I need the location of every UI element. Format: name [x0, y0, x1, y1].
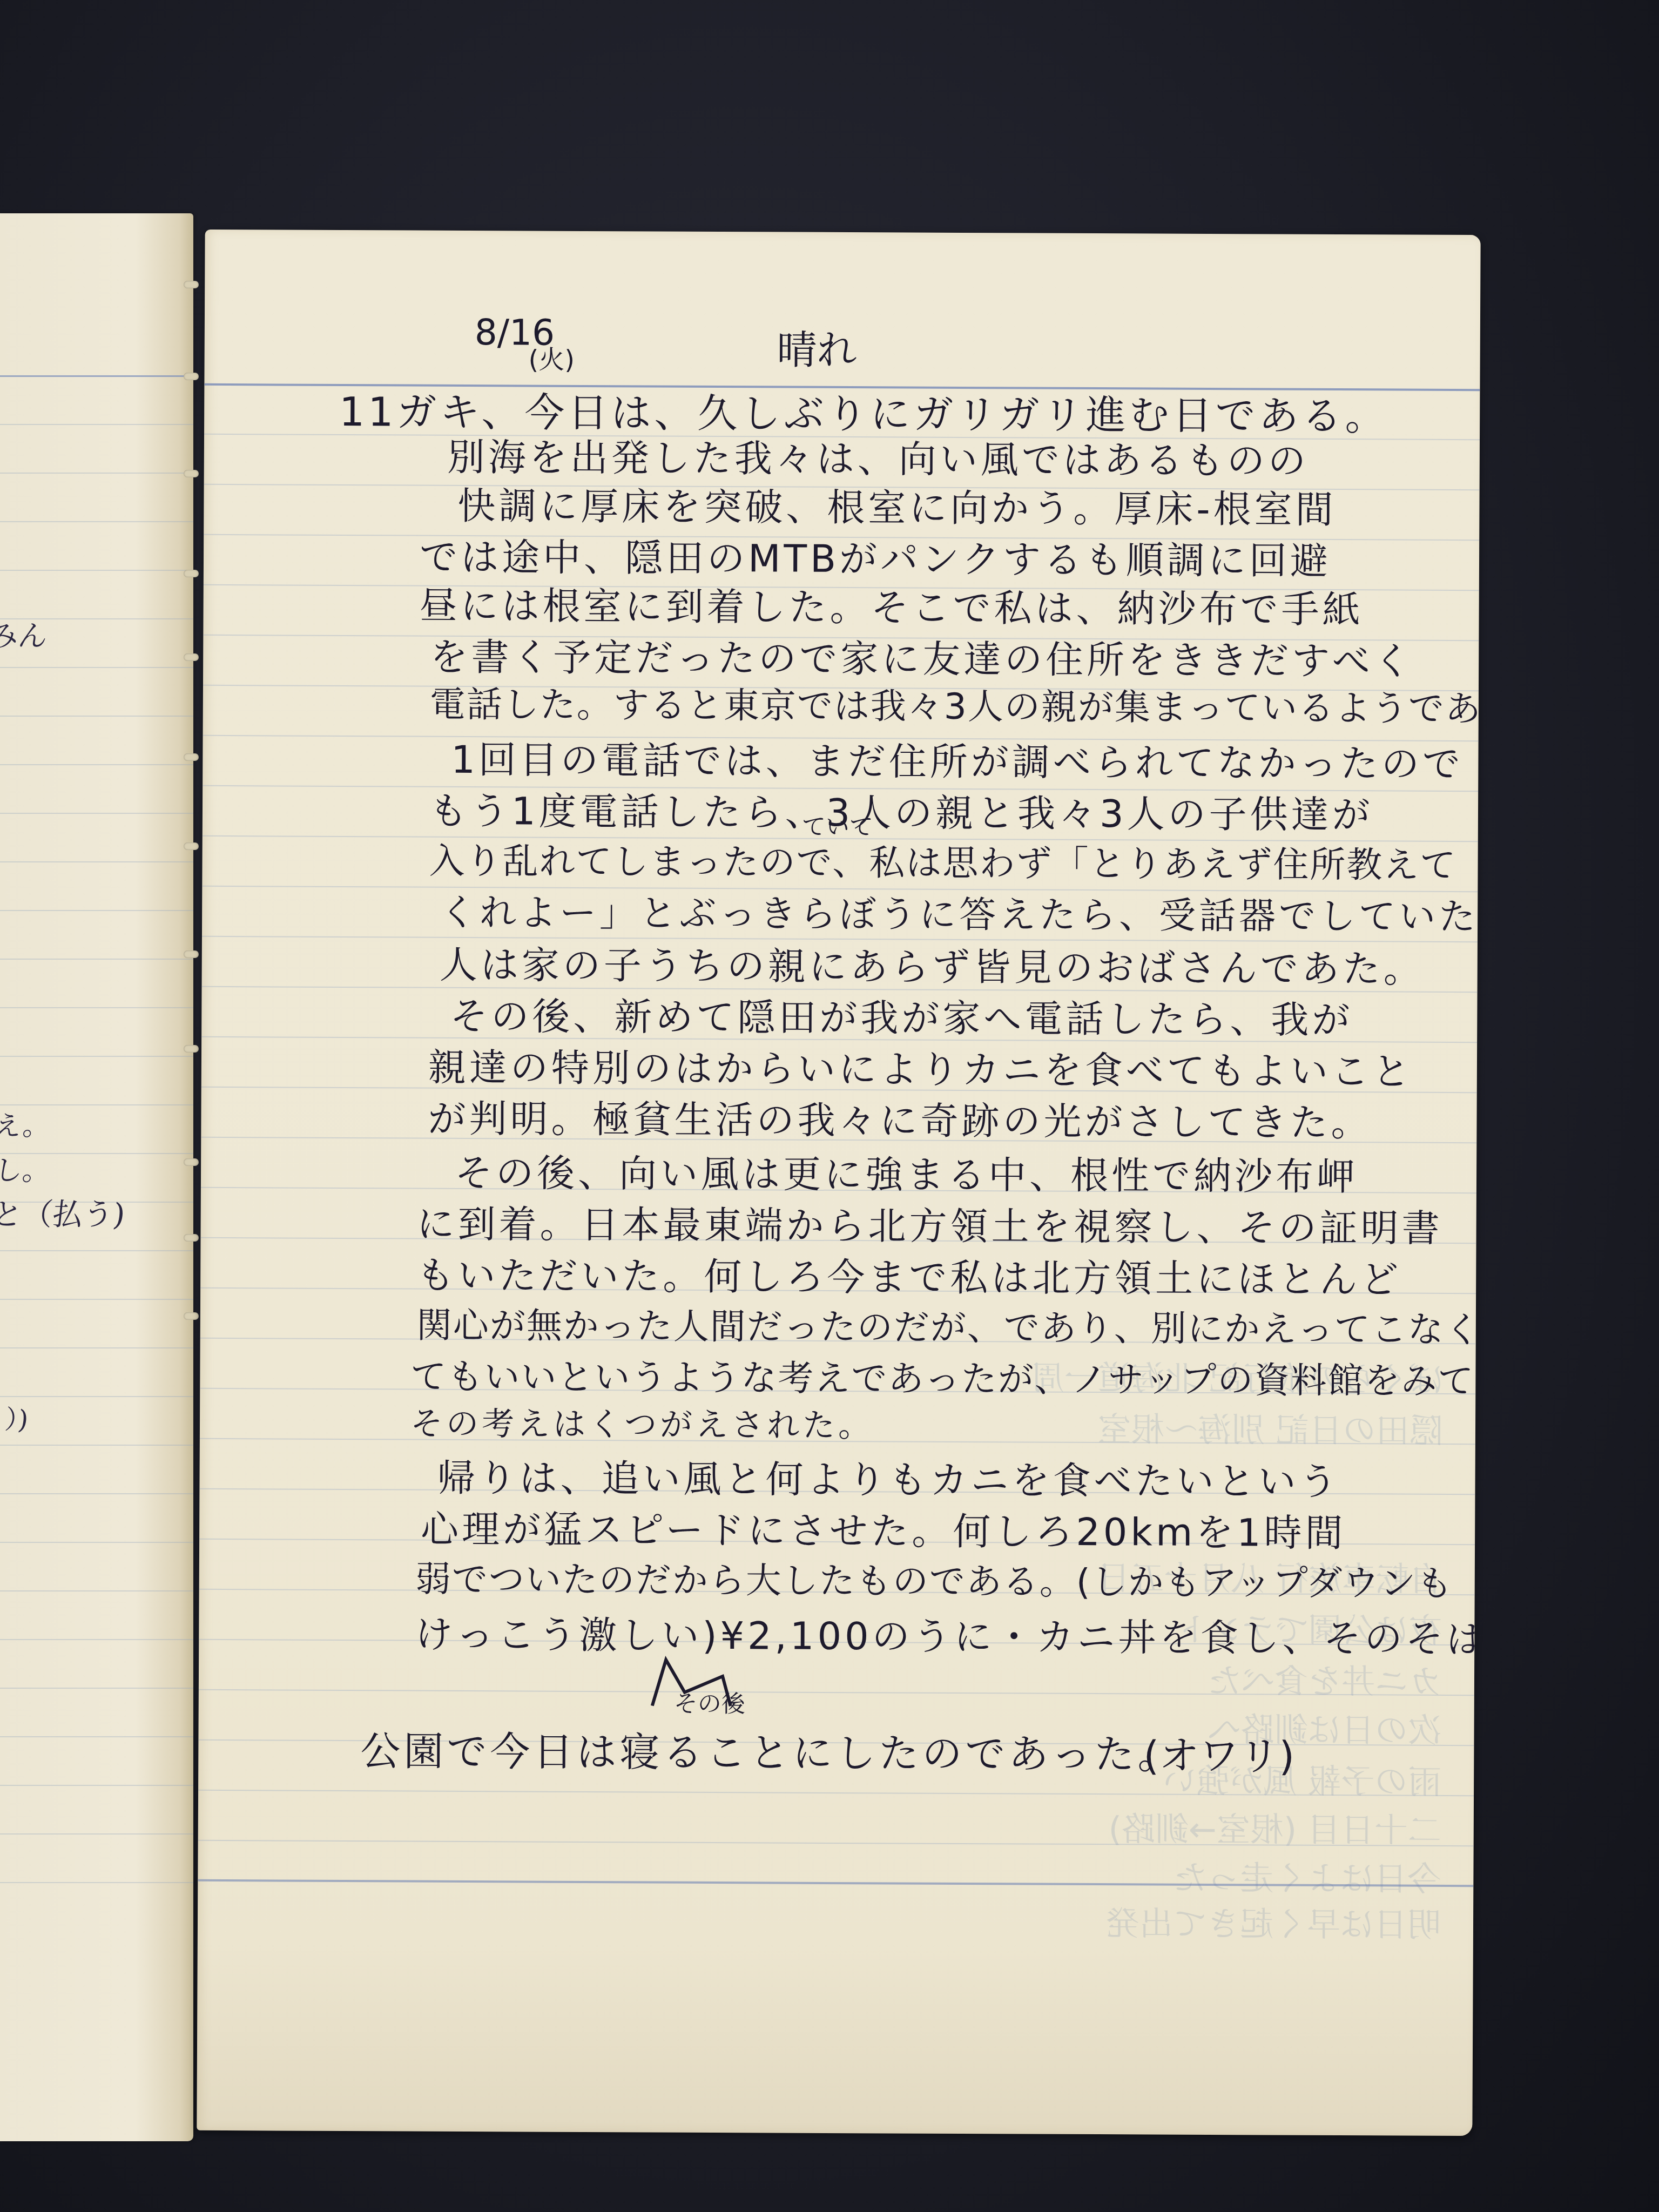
ruled-line: [0, 667, 193, 668]
binding-hole: [184, 1158, 199, 1166]
binding-hole: [184, 570, 199, 577]
diary-line: 入り乱れてしまったので、私は思わず「とりあえず住所教えて: [429, 844, 1456, 884]
diary-line: に到着。日本最東端から北方領土を視察し、その証明書: [417, 1205, 1443, 1247]
diary-line: 心理が猛スピードにさせた。何しろ20kmを1時間: [421, 1510, 1346, 1552]
diary-line: 公園で今日は寝ることにしたのであった。: [360, 1731, 1181, 1775]
binding-hole: [184, 281, 199, 288]
left-page-fragment: ）): [3, 1399, 30, 1436]
ruled-line: [0, 1445, 193, 1446]
ruled-line: [0, 1299, 193, 1300]
ruled-line: [0, 861, 193, 862]
left-page-fragment: し。: [0, 1148, 53, 1188]
bleed-through-text: 二十日目 (根室→釧路): [247, 1798, 1441, 1852]
binding-hole: [184, 1312, 199, 1320]
ruled-line: [0, 473, 193, 474]
ruled-line: [0, 716, 193, 717]
entry-weather: 晴れ: [777, 318, 857, 376]
ruled-line: [0, 910, 193, 911]
diary-line: 親達の特別のはからいによりカニを食べてもよいこと: [428, 1049, 1413, 1091]
ruled-line: [0, 521, 193, 522]
diary-line: 昼には根室に到着した。そこで私は、納沙布で手紙: [420, 587, 1364, 629]
left-page-fragment: え。: [0, 1104, 52, 1143]
inserted-text: ていて: [802, 807, 873, 842]
binding-hole: [184, 842, 199, 850]
diary-line: その考えはくつがえされた。: [410, 1408, 874, 1442]
diary-page: ぼくらの旅行記 北海道一周 隠田の日記 別海〜根室 自転車旅行 八月十五日 夜は…: [197, 230, 1480, 2136]
binding-hole: [184, 950, 199, 958]
inserted-text: その後: [674, 1684, 745, 1719]
ruled-line: [0, 1056, 193, 1057]
diary-line: 帰りは、追い風と何よりもカニを食べたいという: [437, 1459, 1340, 1501]
left-page-header-rule: [0, 375, 193, 377]
ruled-line: [0, 1688, 193, 1689]
diary-line: では途中、隠田のMTBがパンクするも順調に回避: [420, 538, 1331, 580]
ruled-line: [0, 1833, 193, 1835]
left-page-fragment: みん: [0, 613, 50, 655]
diary-line: もう1度電話したら、3人の親と我々3人の子供達が: [429, 792, 1373, 834]
binding-hole: [184, 470, 199, 477]
ruled-line: [0, 1250, 193, 1251]
ruled-line: [0, 1396, 193, 1397]
bleed-through-text: 今日はよく走った: [246, 1847, 1441, 1900]
binding-hole: [184, 373, 199, 380]
ruled-line: [0, 1736, 193, 1737]
binding-hole: [184, 753, 199, 761]
ruled-line: [0, 959, 193, 960]
diary-line: 電話した。すると東京では我々3人の親が集まっているようであた。: [430, 687, 1481, 727]
left-page: みん え。 し。 と（払う) ）): [0, 213, 193, 2141]
diary-line: が判明。極貧生活の我々に奇跡の光がさしてきた。: [428, 1100, 1372, 1142]
diary-line: もいただいた。何しろ今まで私は北方領土にほとんど: [416, 1257, 1401, 1299]
ruled-line: [0, 1882, 193, 1883]
bleed-through-text: 明日は早く起きて出発: [246, 1893, 1441, 1946]
diary-line: 快調に厚床を突破、根室に向かう。厚床-根室間: [457, 487, 1337, 529]
entry-weekday: (火): [529, 339, 575, 376]
ruled-line: [0, 570, 193, 571]
diary-line: 11ガキ、今日は、久しぶりにガリガリ進む日である。: [339, 392, 1388, 436]
diary-line: 人は家の子うちの親にあらず皆見のおばさんであた。: [440, 946, 1425, 988]
diary-line: くれよー」とぶっきらぼうに答えたら、受話器でしていた: [440, 895, 1479, 936]
diary-line: その後、新めて隠田が我が家へ電話したら、我が: [450, 997, 1353, 1039]
ruled-line: [0, 1347, 193, 1348]
diary-line: けっこう激しい)¥2,100のうに・カニ丼を食し、そのそばの: [415, 1616, 1480, 1658]
diary-line: 弱でついたのだから大したものである。(しかもアップダウンも: [415, 1562, 1454, 1602]
diary-line: てもいいというような考えであったが、ノサップの資料館をみて: [410, 1359, 1474, 1400]
ruled-line: [0, 813, 193, 814]
ruled-line: [0, 1007, 193, 1008]
diary-line: その後、向い風は更に強まる中、根性で納沙布岬: [455, 1154, 1358, 1196]
ruled-line: [0, 1590, 193, 1591]
diary-line: 1回目の電話では、まだ住所が調べられてなかったので: [451, 741, 1464, 783]
binding-hole: [184, 653, 199, 661]
ruled-line: [0, 764, 193, 765]
ruled-line: [0, 1542, 193, 1543]
ruled-line: [0, 1639, 193, 1640]
binding-hole: [184, 1234, 199, 1242]
diary-line: 関心が無かった人間だったのだが、であり、別にかえってこなく: [416, 1308, 1481, 1348]
ruled-line: [0, 424, 193, 425]
diary-line: を書く予定だったので家に友達の住所をききだすべく: [430, 638, 1414, 680]
ruled-line: [202, 886, 1478, 892]
ruled-line: [0, 1785, 193, 1786]
binding-hole: [184, 1045, 199, 1053]
closing-mark: (オワリ): [1143, 1724, 1294, 1782]
left-page-fragment: と（払う): [0, 1191, 127, 1234]
diary-line: 別海を出発した我々は、向い風ではあるものの: [447, 439, 1309, 480]
ruled-line: [0, 1493, 193, 1494]
